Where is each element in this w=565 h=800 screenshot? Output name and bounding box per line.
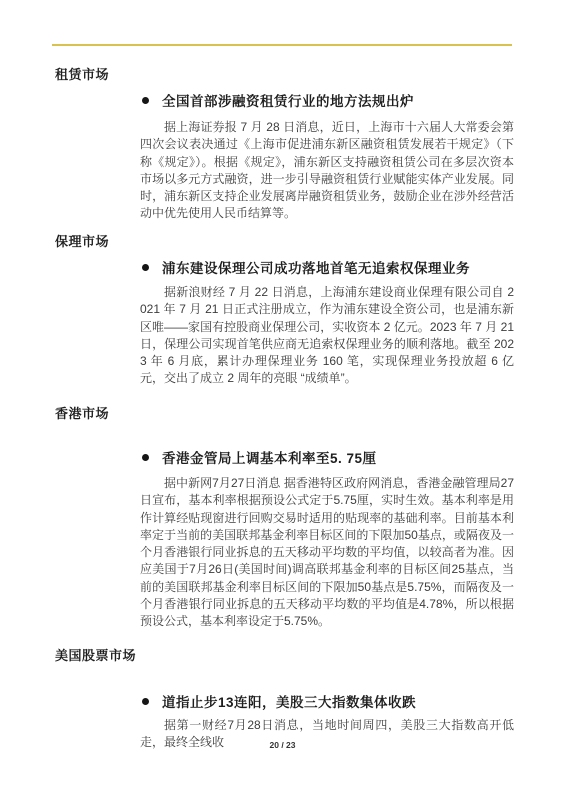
- section-heading-factoring-market: 保理市场: [55, 231, 109, 250]
- section-heading-hongkong-market: 香港市场: [55, 403, 109, 422]
- news-body: 据上海证券报 7 月 28 日消息，近日，上海市十六届人大常委会第四次会议表决通…: [140, 119, 514, 223]
- news-body: 据新浪财经 7 月 22 日消息，上海浦东建设商业保理有限公司自 2021 年 …: [140, 284, 514, 388]
- page-number: 20 / 23: [0, 740, 565, 750]
- header-accent-line: [52, 44, 512, 46]
- bullet-icon: [142, 454, 149, 461]
- news-headline: 全国首部涉融资租赁行业的地方法规出炉: [162, 90, 414, 110]
- news-headline: 浦东建设保理公司成功落地首笔无追索权保理业务: [162, 257, 470, 277]
- document-page: 租赁市场 全国首部涉融资租赁行业的地方法规出炉 据上海证券报 7 月 28 日消…: [0, 0, 565, 800]
- news-item-headline-row: 全国首部涉融资租赁行业的地方法规出炉: [142, 90, 414, 110]
- news-item-headline-row: 香港金管局上调基本利率至5. 75厘: [142, 447, 377, 467]
- news-item-headline-row: 浦东建设保理公司成功落地首笔无追索权保理业务: [142, 257, 470, 277]
- news-body: 据中新网7月27日消息 据香港特区政府网消息，香港金融管理局27日宣布，基本利率…: [140, 475, 514, 631]
- news-headline: 香港金管局上调基本利率至5. 75厘: [162, 447, 377, 467]
- news-item-headline-row: 道指止步13连阳，美股三大指数集体收跌: [142, 691, 416, 711]
- bullet-icon: [142, 97, 149, 104]
- section-heading-leasing-market: 租赁市场: [55, 64, 109, 83]
- bullet-icon: [142, 698, 149, 705]
- news-headline: 道指止步13连阳，美股三大指数集体收跌: [162, 691, 416, 711]
- bullet-icon: [142, 264, 149, 271]
- section-heading-us-stock-market: 美国股票市场: [55, 645, 136, 664]
